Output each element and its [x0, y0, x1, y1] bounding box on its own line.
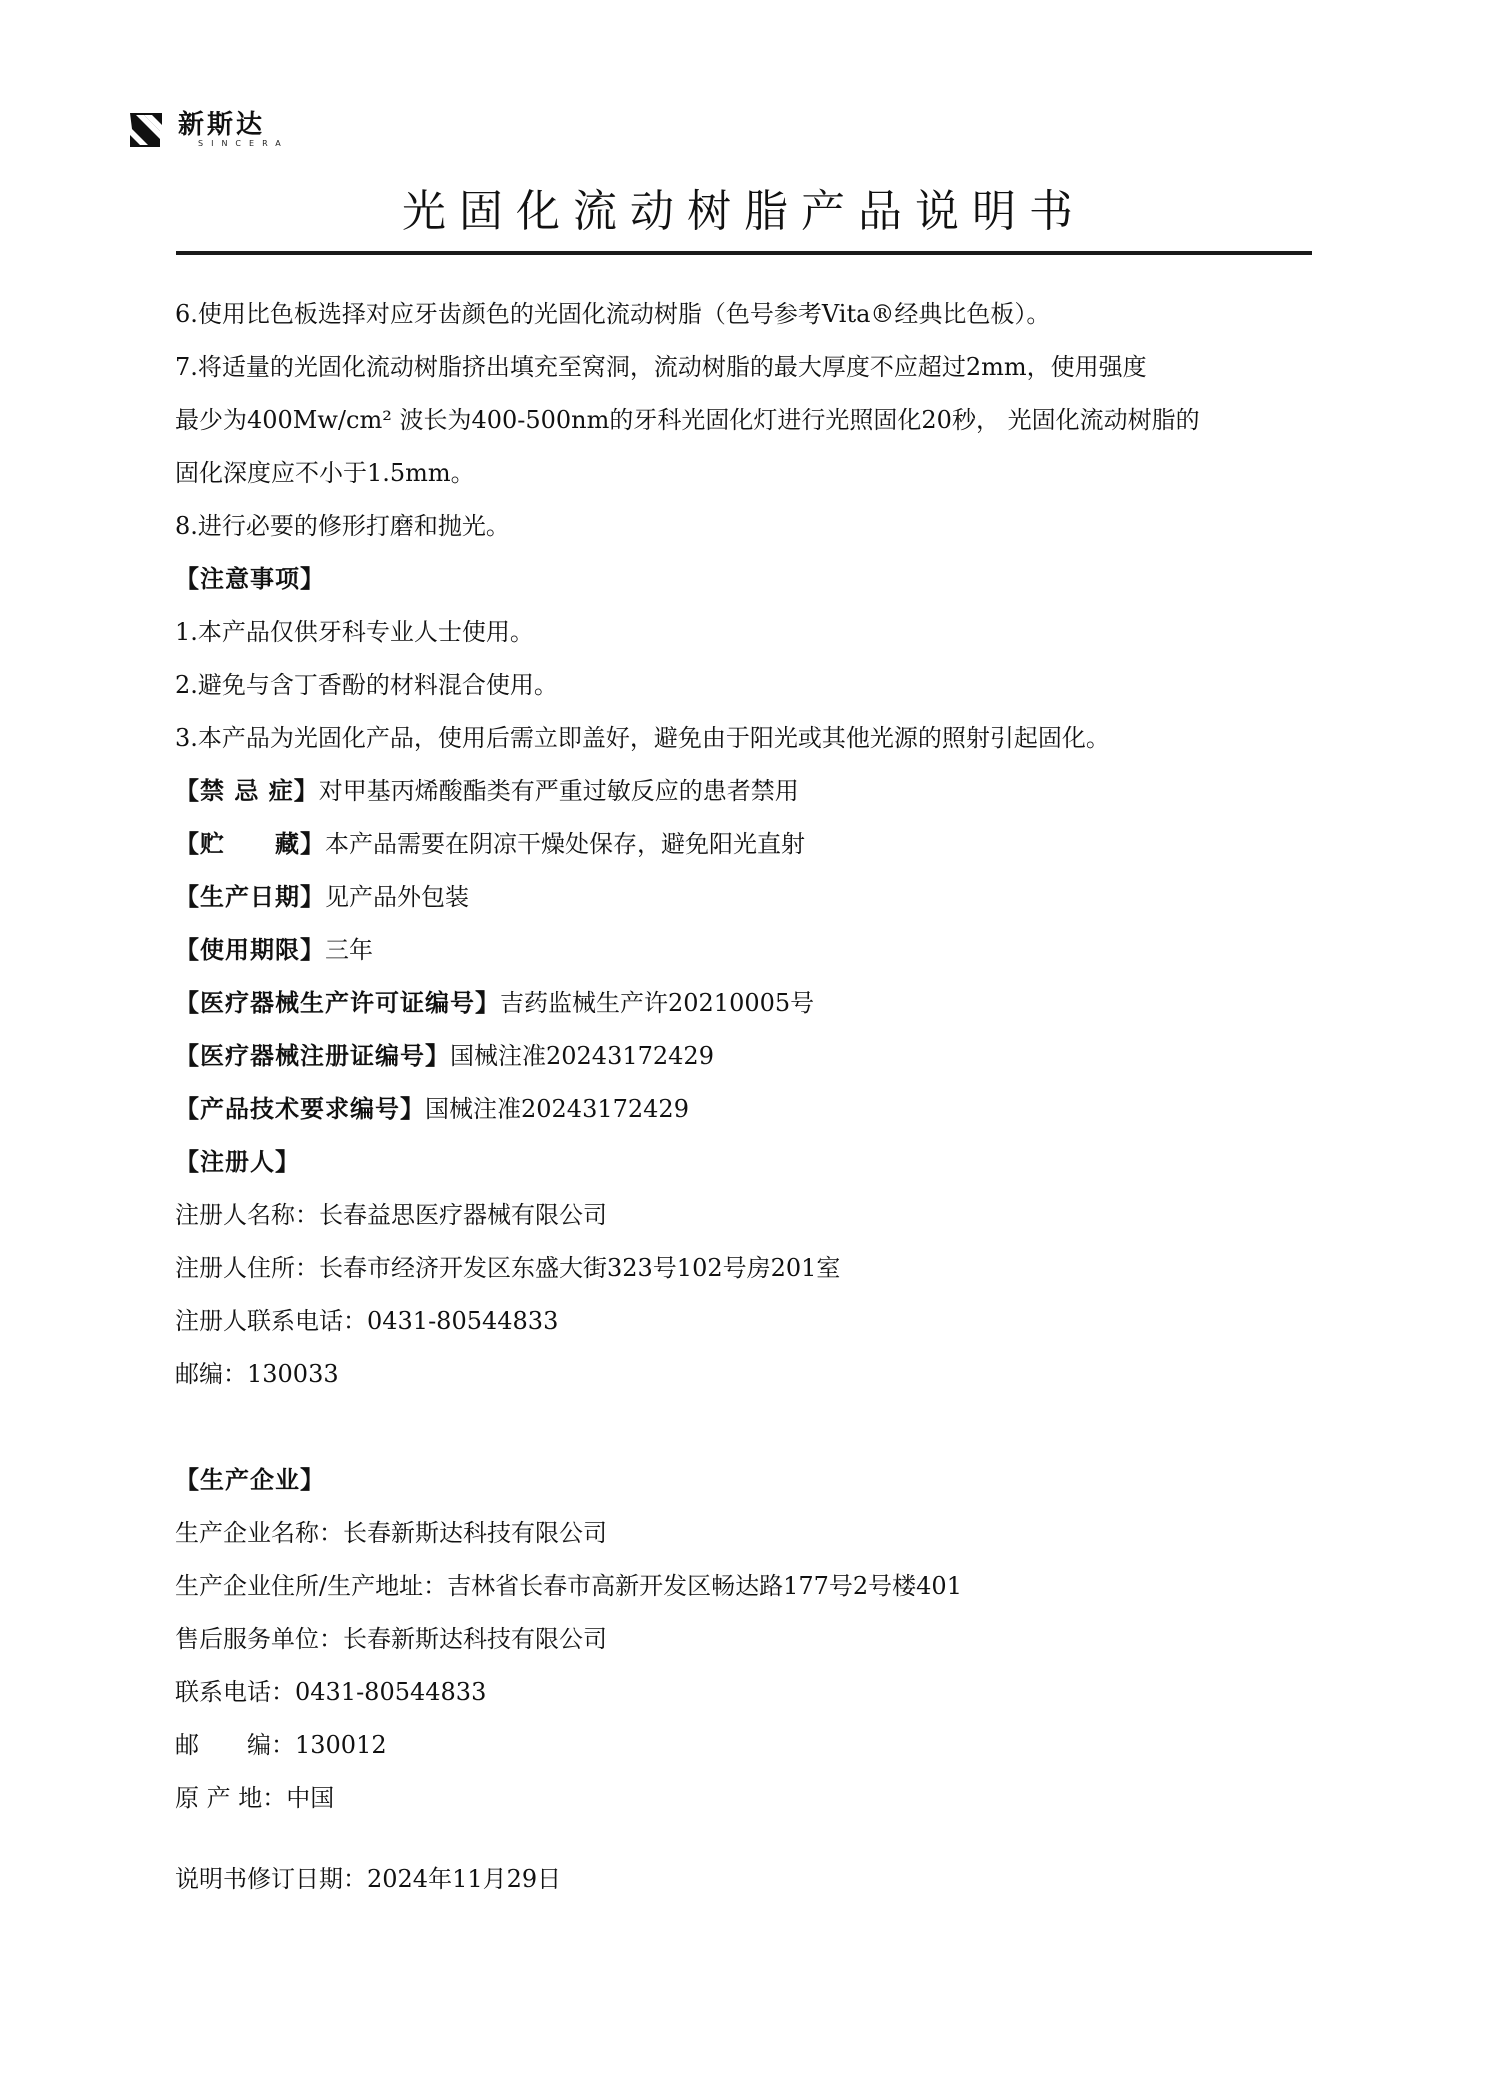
registrant-postcode: 邮编：130033 [175, 1348, 1325, 1401]
field-label: 【贮 藏】 [175, 830, 325, 858]
field-value: 吉药监械生产许20210005号 [500, 989, 814, 1017]
registrant-phone: 注册人联系电话：0431-80544833 [175, 1295, 1325, 1348]
field-value: 国械注准20243172429 [450, 1042, 714, 1070]
step-7-cont-1: 最少为400Mw/cm² 波长为400-500nm的牙科光固化灯进行光照固化20… [175, 394, 1325, 447]
logo-english-name: SINCERA [198, 139, 289, 149]
manufacturer-name: 生产企业名称：长春新斯达科技有限公司 [175, 1507, 1325, 1560]
manufacturer-address: 生产企业住所/生产地址：吉林省长春市高新开发区畅达路177号2号楼401 [175, 1560, 1325, 1613]
field-value: 见产品外包装 [325, 883, 469, 911]
logo-chinese-name: 新斯达 [178, 111, 265, 139]
manufacturer-postcode: 邮 编：130012 [175, 1719, 1325, 1772]
field-label: 【产品技术要求编号】 [175, 1095, 425, 1123]
precaution-item: 2.避免与含丁香酚的材料混合使用。 [175, 659, 1325, 712]
document-title: 光固化流动树脂产品说明书 [176, 184, 1312, 240]
spacer [175, 1825, 1325, 1853]
field-registration-number: 【医疗器械注册证编号】国械注准20243172429 [175, 1030, 1325, 1083]
field-label: 【生产日期】 [175, 883, 325, 911]
registrant-heading: 【注册人】 [175, 1136, 1325, 1189]
document-body: 6.使用比色板选择对应牙齿颜色的光固化流动树脂（色号参考Vita®经典比色板）。… [175, 288, 1325, 1906]
field-value: 国械注准20243172429 [425, 1095, 689, 1123]
field-value: 三年 [325, 936, 373, 964]
title-divider [176, 251, 1312, 255]
field-contraindications: 【禁 忌 症】对甲基丙烯酸酯类有严重过敏反应的患者禁用 [175, 765, 1325, 818]
field-shelf-life: 【使用期限】三年 [175, 924, 1325, 977]
registrant-address: 注册人住所：长春市经济开发区东盛大街323号102号房201室 [175, 1242, 1325, 1295]
registrant-name: 注册人名称：长春益思医疗器械有限公司 [175, 1189, 1325, 1242]
manufacturer-heading: 【生产企业】 [175, 1454, 1325, 1507]
step-7-cont-2: 固化深度应不小于1.5mm。 [175, 447, 1325, 500]
field-production-date: 【生产日期】见产品外包装 [175, 871, 1325, 924]
sincera-s-logo-icon [126, 111, 164, 149]
manufacturer-phone: 联系电话：0431-80544833 [175, 1666, 1325, 1719]
field-label: 【禁 忌 症】 [175, 777, 319, 805]
revision-date: 说明书修订日期：2024年11月29日 [175, 1853, 1325, 1906]
field-label: 【使用期限】 [175, 936, 325, 964]
field-label: 【医疗器械注册证编号】 [175, 1042, 450, 1070]
precaution-item: 1.本产品仅供牙科专业人士使用。 [175, 606, 1325, 659]
precaution-item: 3.本产品为光固化产品，使用后需立即盖好，避免由于阳光或其他光源的照射引起固化。 [175, 712, 1325, 765]
field-value: 本产品需要在阴凉干燥处保存，避免阳光直射 [325, 830, 805, 858]
after-sales-unit: 售后服务单位：长春新斯达科技有限公司 [175, 1613, 1325, 1666]
field-storage: 【贮 藏】本产品需要在阴凉干燥处保存，避免阳光直射 [175, 818, 1325, 871]
field-label: 【医疗器械生产许可证编号】 [175, 989, 500, 1017]
precautions-heading: 【注意事项】 [175, 553, 1325, 606]
company-logo: 新斯达 SINCERA [126, 108, 289, 152]
field-production-license: 【医疗器械生产许可证编号】吉药监械生产许20210005号 [175, 977, 1325, 1030]
field-technical-requirement: 【产品技术要求编号】国械注准20243172429 [175, 1083, 1325, 1136]
step-6: 6.使用比色板选择对应牙齿颜色的光固化流动树脂（色号参考Vita®经典比色板）。 [175, 288, 1325, 341]
step-7: 7.将适量的光固化流动树脂挤出填充至窝洞，流动树脂的最大厚度不应超过2mm，使用… [175, 341, 1325, 394]
step-8: 8.进行必要的修形打磨和抛光。 [175, 500, 1325, 553]
spacer [175, 1401, 1325, 1454]
field-value: 对甲基丙烯酸酯类有严重过敏反应的患者禁用 [319, 777, 799, 805]
origin: 原 产 地：中国 [175, 1772, 1325, 1825]
